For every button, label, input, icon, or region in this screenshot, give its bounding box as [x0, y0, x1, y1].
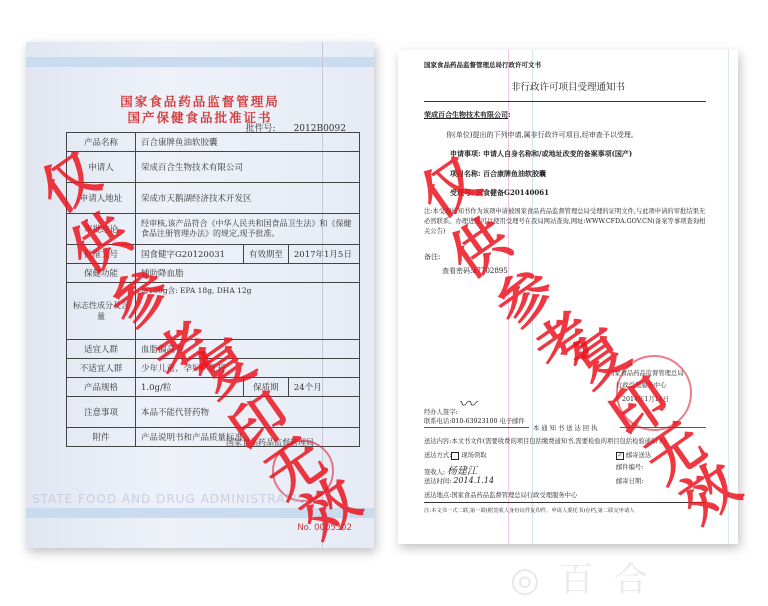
notice-header: 国家食品药品监督管理总局行政许可文书	[424, 60, 541, 69]
delivery-place-value: 国家食品药品监督管理总局行政受理服务中心	[451, 492, 577, 499]
delivery-content-label: 送达内容:	[424, 438, 451, 445]
decorative-band	[26, 508, 374, 518]
row-value: 荣成百合生物技术有限公司	[136, 152, 360, 183]
row-value: 百合康牌鱼油软胶囊	[136, 133, 360, 152]
row-label: 产品规格	[67, 378, 136, 397]
mail-date-label: 邮寄日期:	[616, 476, 643, 485]
row-value: 国食健字G20120031	[136, 245, 244, 264]
item-label: 申请事项:	[450, 149, 481, 158]
certificate-table: 产品名称百合康牌鱼油软胶囊 申请人荣成百合生物技术有限公司 申请人地址荣成市天鹅…	[66, 132, 360, 447]
row-value: 经审核,该产品符合《中华人民共和国食品卫生法》和《保健食品注册管理办法》的规定,…	[136, 214, 360, 245]
row-label: 注意事项	[67, 397, 136, 428]
table-row: 产品名称百合康牌鱼油软胶囊	[67, 133, 360, 152]
footnote: 注:本文书一式二联,第一联(附签收人身份证件复印件、申请人委托书)存档,第二联交…	[424, 506, 635, 514]
note-text: 注:本受理通知书作为该项申请被国家食品药品监督管理总局受理的证明文件,与此项申请…	[424, 207, 709, 237]
english-watermark: STATE FOOD AND DRUG ADMINISTRATION	[32, 492, 332, 506]
password-label: 查看密码:	[442, 267, 472, 275]
row-label: 不适宜人群	[67, 359, 136, 378]
table-row: 注意事项本品不能代替药物	[67, 397, 360, 428]
intro-text: 你(单位)提出的下列申请,属非行政许可项目,经审查予以受理。	[446, 130, 638, 140]
row-label: 保质期	[243, 378, 288, 397]
addressee: 荣成百合生物技术有限公司:	[424, 110, 511, 120]
row-value: 2017年1月5日	[288, 245, 359, 264]
table-row: 审批结论经审核,该产品符合《中华人民共和国食品卫生法》和《保健食品注册管理办法》…	[67, 214, 360, 245]
row-label: 标志性成分及含量	[67, 283, 136, 340]
bottom-watermark-logo: ◎百合	[510, 552, 668, 601]
in-person-label: 现场领取	[461, 452, 486, 459]
acceptance-notice: 国家食品药品监督管理总局行政许可文书 非行政许可项目受理通知书 荣成百合生物技术…	[398, 50, 738, 544]
office-sub: 行政受理服务中心	[616, 380, 666, 389]
password-line: 查看密码:a7702895	[442, 266, 508, 276]
table-row: 适宜人群血脂偏高者	[67, 340, 360, 359]
row-label: 适宜人群	[67, 340, 136, 359]
delivery-place: 送达地点:国家食品药品监督管理总局行政受理服务中心	[424, 490, 577, 499]
recipient-label: 签收人:	[424, 469, 445, 476]
phone-value: 010-63923100	[451, 418, 497, 425]
remarks-label: 备注:	[424, 252, 440, 262]
item-value: 国食健备G20140061	[476, 188, 549, 197]
table-row: 批准文号国食健字G20120031有效期至2017年1月5日	[67, 245, 360, 264]
table-row: 产品规格1.0g/粒保质期24个月	[67, 378, 360, 397]
table-row: 标志性成分及含量每100g含: EPA 18g, DHA 12g	[67, 283, 360, 340]
scan-line	[728, 50, 729, 544]
scan-line	[532, 50, 533, 544]
table-row: 申请人地址荣成市天鹅湖经济技术开发区	[67, 183, 360, 214]
mail-no-label: 邮件编号:	[616, 462, 643, 471]
row-value: 荣成市天鹅湖经济技术开发区	[136, 183, 360, 214]
item-request: 申请事项: 申请人自身名称和/或地址改变的备案事项(国产)	[450, 149, 632, 159]
serial-number: No. 0005302	[297, 523, 352, 533]
row-value: 每100g含: EPA 18g, DHA 12g	[136, 283, 360, 340]
delivery-place-label: 送达地点:	[424, 492, 451, 499]
item-value: 百合康牌鱼油软胶囊	[483, 169, 546, 178]
row-value: 本品不能代替药物	[136, 397, 360, 428]
receipt-divider: 本通知书送达回执	[533, 423, 599, 432]
row-label: 产品名称	[67, 133, 136, 152]
mail-label: 邮寄送达	[626, 452, 651, 459]
phone-label: 联系电话:	[424, 418, 451, 425]
row-value: 辅助降血脂	[136, 264, 360, 283]
divider	[424, 502, 706, 503]
addressee-colon: :	[508, 110, 511, 119]
mail-checkbox[interactable]: ✓	[616, 452, 624, 460]
table-row: 保健功能辅助降血脂	[67, 264, 360, 283]
row-label: 有效期至	[243, 245, 288, 264]
delivery-method-label: 送达方式:	[424, 452, 451, 459]
office-name: 国家食品药品监督管理总局	[608, 368, 684, 377]
delivery-time-label: 送达时间:	[424, 478, 451, 485]
row-label: 申请人地址	[67, 183, 136, 214]
delivery-method: 送达方式:现场领取	[424, 450, 487, 460]
item-project: 项目名称: 百合康牌鱼油软胶囊	[450, 169, 546, 179]
recipient-line: 签收人: 杨建江	[424, 462, 477, 477]
notice-title: 非行政许可项目受理通知书	[398, 79, 738, 93]
item-label: 项目名称:	[450, 169, 481, 178]
table-row: 不适宜人群少年儿童、孕妇、乳母	[67, 359, 360, 378]
item-value: 申请人自身名称和/或地址改变的备案事项(国产)	[483, 149, 632, 158]
divider	[424, 427, 529, 428]
row-label: 附件	[67, 428, 136, 447]
delivery-time: 送达时间: 2014.1.14	[424, 476, 494, 485]
contact-line: 联系电话:010-63923100 电子邮件	[424, 416, 525, 425]
row-value: 少年儿童、孕妇、乳母	[136, 359, 360, 378]
row-value: 1.0g/粒	[136, 378, 244, 397]
divider	[424, 101, 706, 102]
item-label: 受理号:	[450, 188, 474, 197]
agent-signature: 〰	[458, 390, 476, 416]
delivery-content-value: 本文书文件(需要收费的项目包括缴费通知书,需要检验的项目包括检验通知书)	[451, 438, 666, 445]
mail-option: ✓邮寄送达	[616, 450, 651, 460]
password-value: a7702895	[472, 267, 507, 275]
official-seal-icon	[616, 355, 692, 431]
row-label: 批准文号	[67, 245, 136, 264]
row-label: 申请人	[67, 152, 136, 183]
item-acceptance-no: 受理号: 国食健备G20140061	[450, 188, 549, 198]
delivery-time-value: 2014.1.14	[453, 476, 494, 485]
in-person-checkbox[interactable]	[451, 452, 459, 460]
approval-certificate: 国家食品药品监督管理局 国产保健食品批准证书 批件号:2012B0092 产品名…	[26, 42, 374, 548]
row-value: 血脂偏高者	[136, 340, 360, 359]
notice-date: 2014年1月14日	[622, 394, 669, 403]
scan-line	[508, 50, 509, 544]
row-value: 24个月	[288, 378, 359, 397]
agent-label: 经办人签字:	[424, 407, 458, 416]
email-label: 电子邮件	[500, 418, 525, 425]
row-label: 保健功能	[67, 264, 136, 283]
divider	[620, 427, 706, 428]
delivery-content: 送达内容:本文书文件(需要收费的项目包括缴费通知书,需要检验的项目包括检验通知书…	[424, 436, 666, 445]
table-row: 申请人荣成百合生物技术有限公司	[67, 152, 360, 183]
row-label: 审批结论	[67, 214, 136, 245]
addressee-name: 荣成百合生物技术有限公司	[424, 110, 508, 119]
